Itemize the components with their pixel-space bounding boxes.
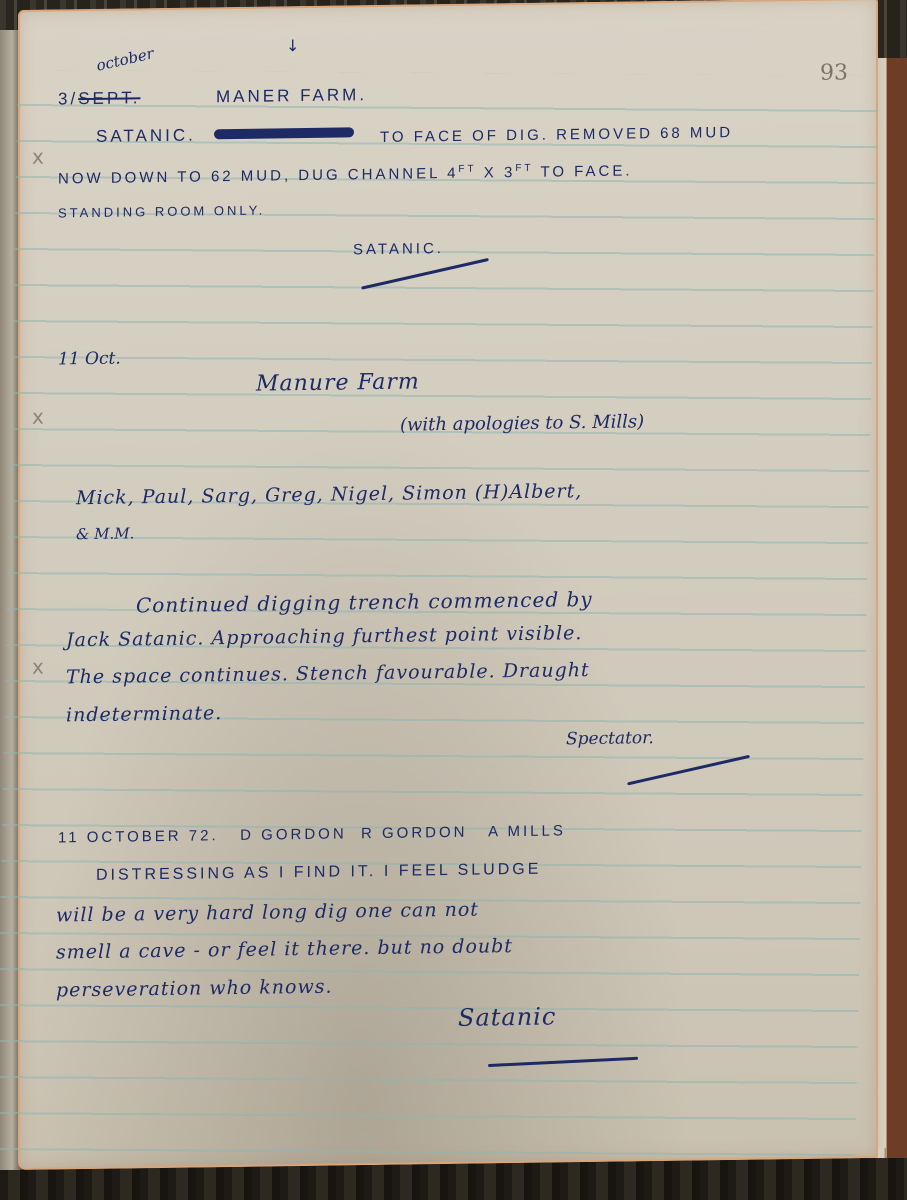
signature: Spectator. bbox=[566, 728, 654, 749]
unit-ft: FT bbox=[515, 163, 533, 174]
entry-title: Manure Farm bbox=[256, 369, 420, 396]
arrow-down-icon: ↓ bbox=[286, 36, 299, 55]
entry-date: 11 Oct. bbox=[58, 349, 121, 370]
attendees-list-continued: & M.M. bbox=[76, 524, 134, 543]
notebook-page: 93 x x x october ↓ 3/SEPT. MANER FARM. S… bbox=[18, 0, 878, 1170]
entry-text-line: perseveration who knows. bbox=[56, 976, 333, 1002]
scribbled-out-text bbox=[214, 127, 354, 139]
location-title: MANER FARM. bbox=[216, 85, 367, 107]
page-number: 93 bbox=[820, 60, 848, 85]
struck-month: SEPT. bbox=[78, 88, 140, 108]
margin-mark: x bbox=[32, 145, 44, 169]
signature: Satanic bbox=[458, 1002, 556, 1031]
margin-mark: x bbox=[32, 655, 44, 679]
date-day: 3/ bbox=[58, 89, 78, 108]
signature: Satanic. bbox=[353, 240, 444, 258]
entry-text-line: STANDING ROOM ONLY. bbox=[58, 203, 265, 221]
unit-ft: FT bbox=[458, 164, 476, 175]
text-fragment: TO FACE. bbox=[534, 162, 633, 180]
text-fragment: X 3 bbox=[477, 164, 516, 182]
author-name: SATANIC. bbox=[96, 126, 196, 147]
entry-date: 3/SEPT. bbox=[58, 88, 140, 109]
margin-mark: x bbox=[32, 405, 44, 429]
entry-subtitle: (with apologies to S. Mills) bbox=[400, 411, 644, 435]
entry-text-line: indeterminate. bbox=[66, 702, 222, 726]
